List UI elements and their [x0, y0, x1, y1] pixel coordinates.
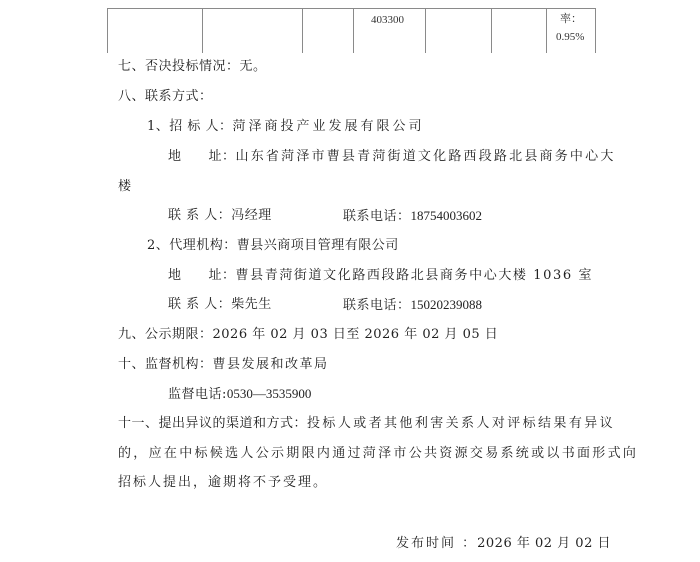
table-border	[302, 9, 303, 53]
section-7-title: 七、否决投标情况：	[118, 59, 240, 74]
section-7: 七、否决投标情况：无。	[118, 58, 267, 76]
section-10-title: 十、监督机构：	[118, 357, 213, 372]
table-border	[353, 9, 354, 53]
section-11-line2: 的，应在中标候选人公示期限内通过菏泽市公共资源交易系统或以书面形式向	[118, 445, 638, 463]
section-10: 十、监督机构：曹县发展和改革局	[118, 356, 329, 374]
table-cell-rate-value: 0.95%	[556, 28, 584, 46]
tenderer-contact-name: 冯经理	[231, 208, 272, 223]
table-border	[546, 9, 547, 53]
section-9-value: 2026 年 02 月 03 日至 2026 年 02 月 05 日	[213, 327, 499, 342]
table-border	[425, 9, 426, 53]
supervision-phone: 0530—3535900	[227, 386, 312, 401]
tenderer-phone: 18754003602	[411, 208, 483, 223]
document-page: 403300 率： 0.95% 七、否决投标情况：无。 八、联系方式： 1、招 …	[0, 0, 700, 562]
tenderer-contact-row: 联 系 人：冯经理	[168, 207, 272, 225]
agency-label: 2、代理机构：	[147, 238, 237, 253]
agency-address-row: 地 址：曹县青菏街道文化路西段路北县商务中心大楼 1036 室	[168, 267, 593, 285]
publish-time-value: 2026 年 02 月 02 日	[477, 536, 611, 551]
table-border	[107, 9, 108, 53]
tenderer-address-line1: 山东省菏泽市曹县青菏街道文化路西段路北县商务中心大	[236, 149, 616, 164]
tenderer-row: 1、招 标 人：菏泽商投产业发展有限公司	[147, 118, 425, 136]
table-cell-amount: 403300	[371, 11, 404, 29]
supervision-phone-label: 监督电话:	[168, 387, 227, 402]
agency-address: 曹县青菏街道文化路西段路北县商务中心大楼 1036 室	[236, 268, 594, 283]
supervision-phone-row: 监督电话:0530—3535900	[168, 385, 311, 404]
agency-phone: 15020239088	[411, 297, 483, 312]
agency-phone-row: 联系电话：15020239088	[343, 296, 482, 315]
tenderer-address-continuation: 楼	[118, 178, 132, 196]
tenderer-phone-label: 联系电话：	[343, 209, 411, 224]
section-11-line1: 十一、提出异议的渠道和方式：投标人或者其他利害关系人对评标结果有异议	[118, 415, 615, 433]
section-10-value: 曹县发展和改革局	[213, 357, 329, 372]
agency-row: 2、代理机构：曹县兴商项目管理有限公司	[147, 237, 399, 255]
tenderer-label: 1、招 标 人：	[147, 119, 233, 134]
section-11-line3: 招标人提出，逾期将不予受理。	[118, 474, 328, 492]
table-cell-rate-label: 率：	[560, 10, 582, 28]
table-border	[491, 9, 492, 53]
result-table-fragment: 403300 率： 0.95%	[107, 8, 596, 53]
section-8: 八、联系方式：	[118, 88, 213, 106]
section-11-text-1: 投标人或者其他利害关系人对评标结果有异议	[307, 416, 615, 431]
section-11-title: 十一、提出异议的渠道和方式：	[118, 416, 307, 431]
tenderer-phone-row: 联系电话：18754003602	[343, 207, 482, 226]
tenderer-address-label: 地 址：	[168, 149, 236, 164]
agency-contact-label: 联 系 人：	[168, 297, 231, 312]
agency-name: 曹县兴商项目管理有限公司	[237, 238, 399, 253]
agency-phone-label: 联系电话：	[343, 298, 411, 313]
table-border	[595, 9, 596, 53]
section-11-text-3: 招标人提出，逾期将不予受理。	[118, 475, 328, 490]
section-7-value: 无。	[240, 59, 267, 74]
tenderer-contact-label: 联 系 人：	[168, 208, 231, 223]
section-9: 九、公示期限：2026 年 02 月 03 日至 2026 年 02 月 05 …	[118, 326, 498, 344]
tenderer-name: 菏泽商投产业发展有限公司	[233, 119, 425, 134]
publish-time: 发布时间 ：2026 年 02 月 02 日	[396, 535, 611, 553]
agency-contact-name: 柴先生	[231, 297, 272, 312]
section-11-text-2: 的，应在中标候选人公示期限内通过菏泽市公共资源交易系统或以书面形式向	[118, 446, 638, 461]
section-9-title: 九、公示期限：	[118, 327, 213, 342]
table-border	[202, 9, 203, 53]
agency-address-label: 地 址：	[168, 268, 236, 283]
tenderer-address-line2: 楼	[118, 179, 132, 194]
agency-contact-row: 联 系 人：柴先生	[168, 296, 272, 314]
tenderer-address-row: 地 址：山东省菏泽市曹县青菏街道文化路西段路北县商务中心大	[168, 148, 616, 166]
section-8-title: 八、联系方式：	[118, 89, 213, 104]
publish-time-label: 发布时间 ：	[396, 536, 477, 551]
